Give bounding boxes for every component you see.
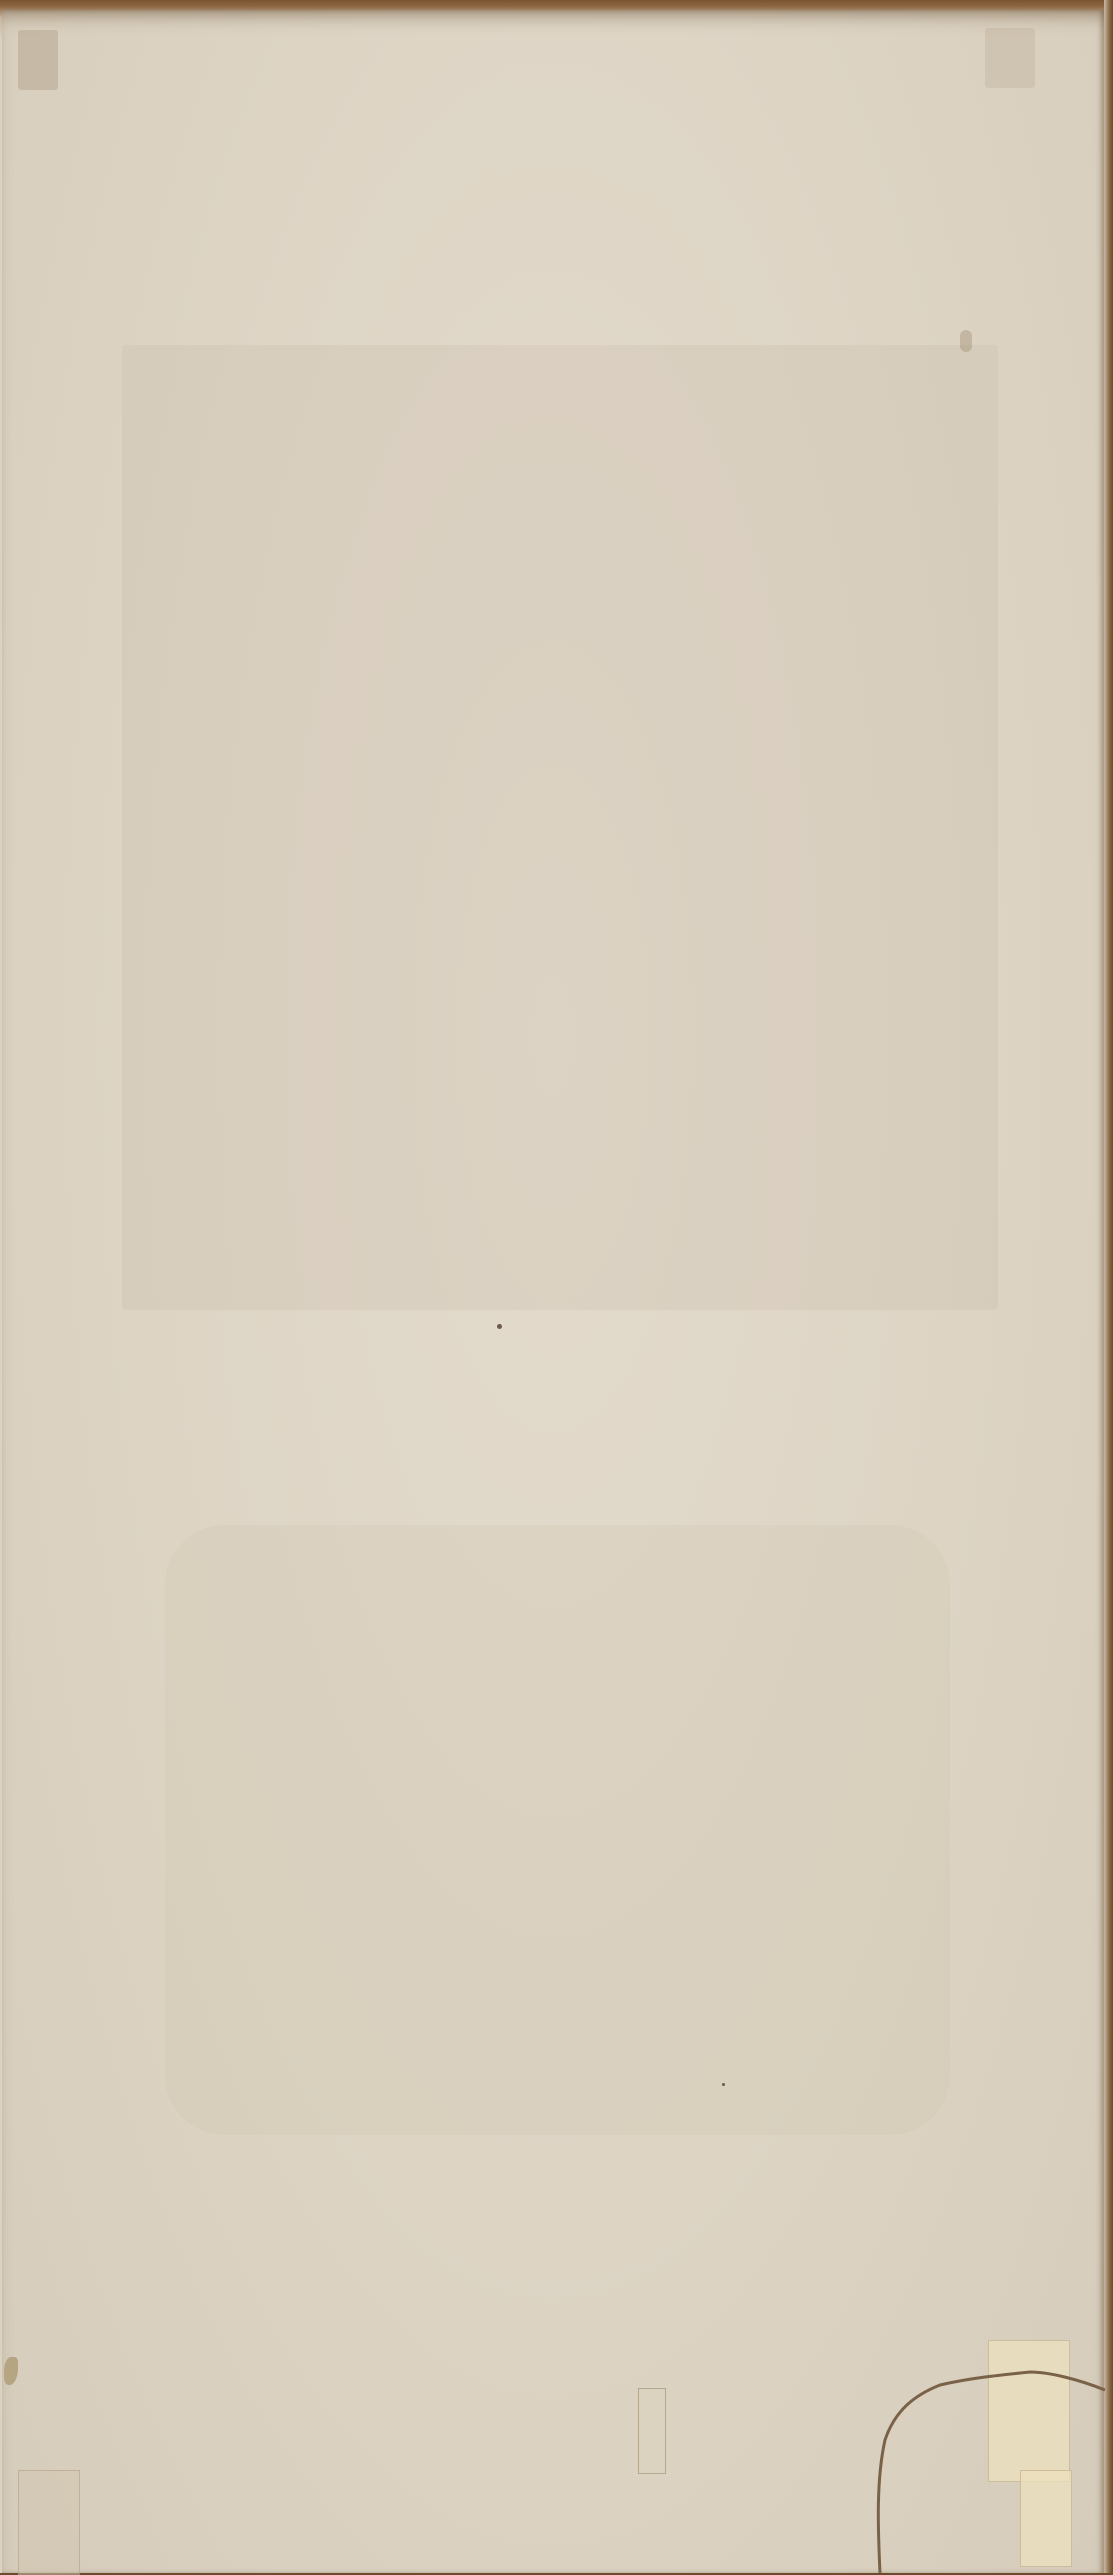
paper-tear [0, 0, 1113, 2573]
